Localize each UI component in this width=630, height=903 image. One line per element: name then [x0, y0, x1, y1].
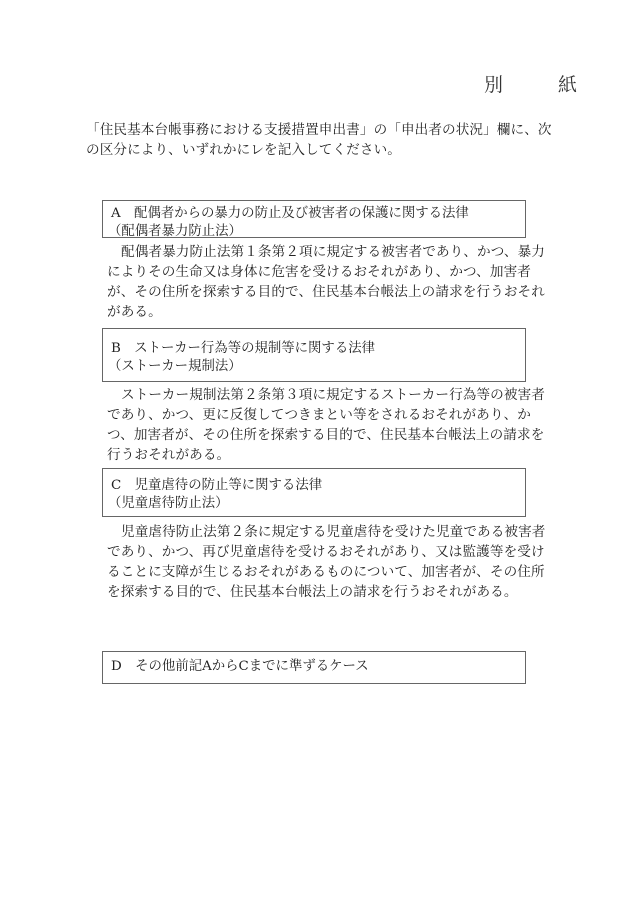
- section-b-law-box: B ストーカー行為等の規制等に関する法律 （ストーカー規制法）: [102, 328, 526, 382]
- section-d-law-box: D その他前記AからCまでに準ずるケース: [102, 651, 526, 684]
- section-b-description: ストーカー規制法第２条第３項に規定するストーカー行為等の被害者であり、かつ、更に…: [107, 385, 547, 465]
- section-b-short-name: （ストーカー規制法）: [108, 358, 517, 376]
- section-c-law-box: C 児童虐待の防止等に関する法律 （児童虐待防止法）: [102, 468, 526, 517]
- section-c-short-name: （児童虐待防止法）: [108, 495, 517, 513]
- section-a-law-box: A 配偶者からの暴力の防止及び被害者の保護に関する法律 （配偶者暴力防止法）: [102, 200, 526, 238]
- intro-paragraph: 「住民基本台帳事務における支援措置申出書」の「申出者の状況」欄に、次の区分により…: [86, 120, 556, 160]
- section-c-description: 児童虐待防止法第２条に規定する児童虐待を受けた児童である被害者であり、かつ、再び…: [107, 522, 547, 602]
- section-a-law-name: A 配偶者からの暴力の防止及び被害者の保護に関する法律: [111, 205, 517, 223]
- section-c-law-name: C 児童虐待の防止等に関する法律: [111, 477, 517, 495]
- section-b-law-name: B ストーカー行為等の規制等に関する法律: [111, 340, 517, 358]
- section-a-description: 配偶者暴力防止法第１条第２項に規定する被害者であり、かつ、暴力によりその生命又は…: [107, 242, 547, 322]
- section-d-law-name: D その他前記AからCまでに準ずるケース: [111, 658, 517, 676]
- section-a-short-name: （配偶者暴力防止法）: [108, 223, 517, 241]
- page-title: 別 紙: [484, 70, 595, 97]
